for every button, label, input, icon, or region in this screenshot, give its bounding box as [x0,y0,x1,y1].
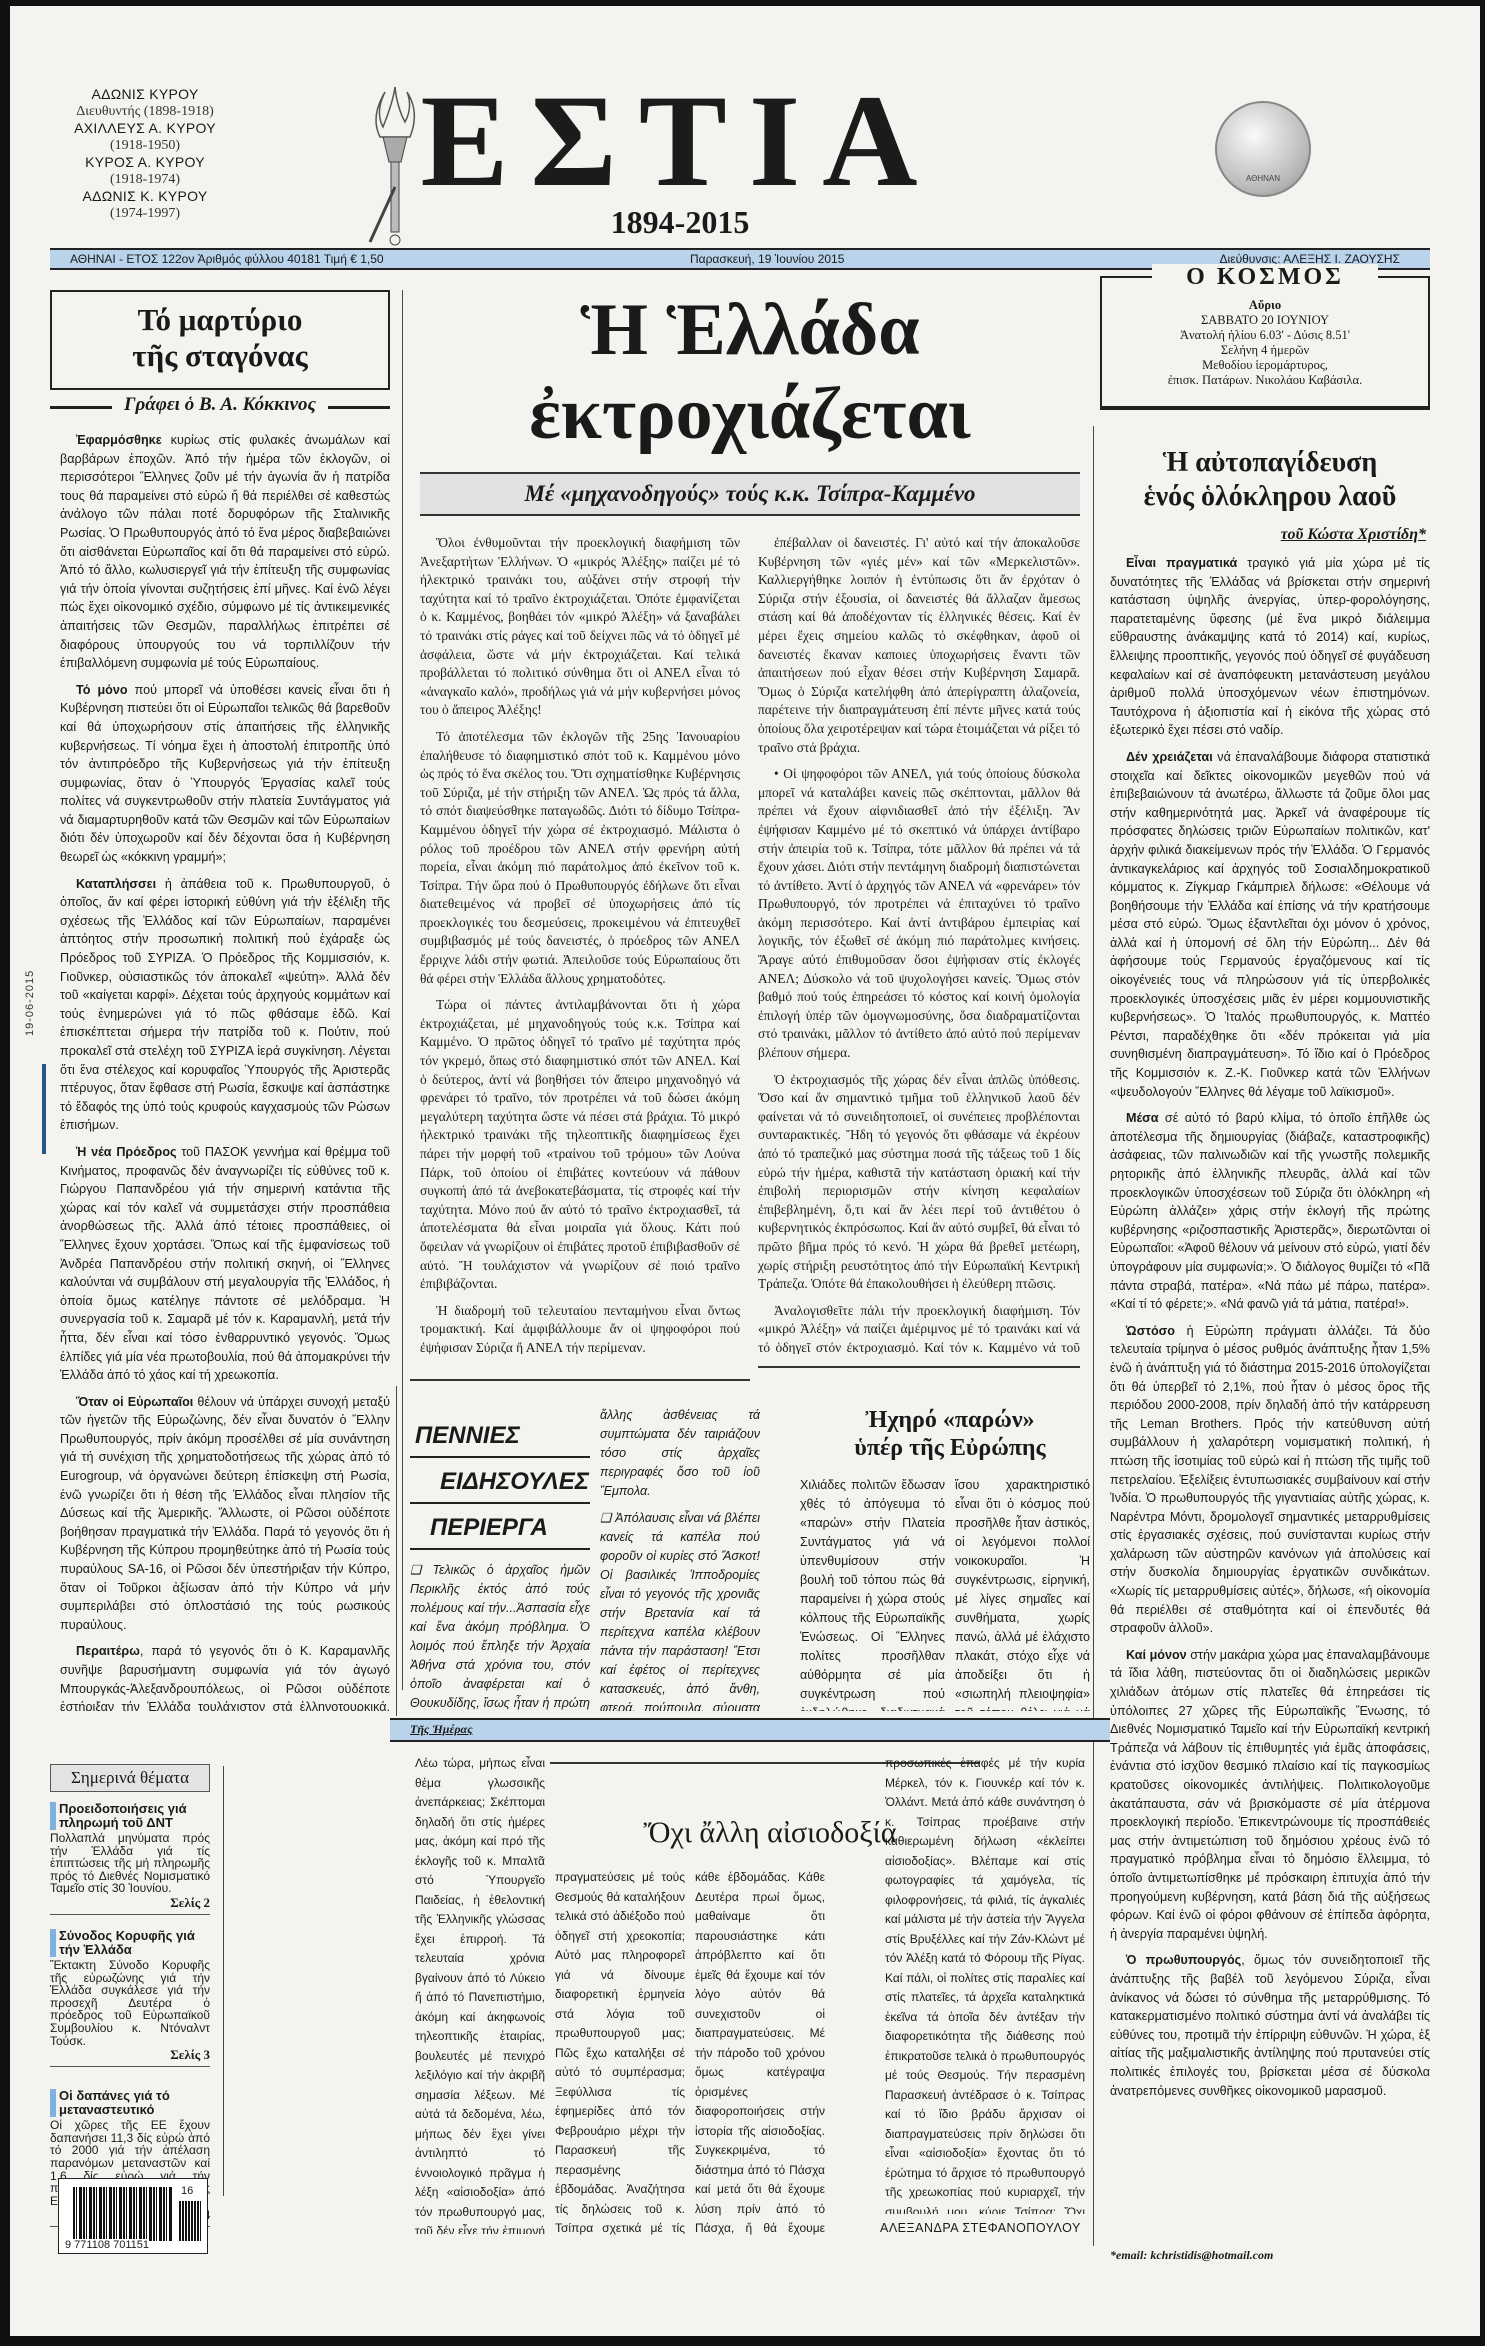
column-divider [1093,426,1094,2246]
paragraph: Τό ἀποτέλεσμα τῶν ἐκλογῶν τῆς 25ης Ἰανου… [420,728,740,988]
headline-line: Ἡ Ἑλλάδα [420,288,1080,372]
logo-title: ΕΣΤΙΑ [370,76,990,206]
topic-page: Σελίς 2 [50,1895,210,1911]
tis-imeras-col-1: Λέω τώρα, μήπως εἶναι θέμα γλωσσικῆς ἀνε… [415,1754,545,2234]
kosmos-title: Ο ΚΟΣΜΟΣ [1152,264,1378,290]
lead-in: Εἶναι πραγματικά [1126,556,1237,570]
title-line: τῆς σταγόνας [132,338,307,373]
today-topics-header: Σημερινά θέματα [50,1764,210,1792]
topic-item[interactable]: Προειδοποιήσεις γιά πληρωμή τοῦ ΔΝΤ Πολλ… [50,1802,210,1915]
paragraph: Ἡ νέα Πρόεδρος τοῦ ΠΑΣΟΚ γεννήμα καί θρέ… [60,1143,390,1385]
title-line: Ἠχηρό «παρών» [800,1406,1100,1434]
tis-imeras-bar [390,1718,1110,1742]
paragraph-text: νά ἐπαναλάβουμε διάφορα στατιστικά στοιχ… [1110,750,1430,1099]
paragraph-text: κυρίως στίς φυλακές ἀνωμάλων καί βαρβάρω… [60,433,390,670]
topic-page: Σελίς 3 [50,2047,210,2063]
issue-date: Παρασκευή, 19 Ἰουνίου 2015 [690,250,844,268]
kosmos-box: Ο ΚΟΣΜΟΣ Αὔριο ΣΑΒΒΑΤΟ 20 ΙΟΥΝΙΟΥ Ἀνατολ… [1100,276,1430,410]
kosmos-moon: Σελήνη 4 ἡμερῶν [1102,343,1428,358]
founder-name: ΑΔΩΝΙΣ Κ. ΚΥΡΟΥ [45,188,245,205]
pennies-item: ❑ Τελικῶς ὁ ἀρχαῖος ἡμῶν Περικλῆς ἐκτός … [410,1561,590,1711]
tis-imeras-col-4: προσωπικές ἐπαφές μέ τήν κυρία Μέρκελ, τ… [885,1754,1085,2214]
paragraph: Καταπλήσσει ἡ ἀπάθεια τοῦ κ. Πρωθυπουργο… [60,875,390,1135]
right-article-title: Ἡ αὐτοπαγίδευση ἑνός ὁλόκληρου λαοῦ [1110,446,1430,514]
lead-in: Δέν χρειάζεται [1126,750,1213,764]
lead-in: Περαιτέρω [76,1644,140,1658]
main-article-col-2: ἐπέβαλλαν οἱ δανειστές. Γι' αὐτό καί τήν… [758,534,1080,1354]
paragraph-text: , ὅμως τόν συνειδητοποιεῖ τῆς ἀνάπτυξης … [1110,1953,1430,2097]
lead-in: Ὡστόσο [1126,1324,1175,1338]
barcode: 9 771108 701151 16 [58,2178,208,2254]
paragraph: Ὅλοι ἐνθυμοῦνται τήν προεκλογική διαφήμι… [420,534,740,720]
side-date: 19-06-2015 [24,970,36,1036]
paragraph-text: θέλουν νά ὑπάρχει συνοχή μεταξύ τῶν ἡγετ… [60,1395,390,1632]
paragraph: Καί μόνον στήν μακάρια χώρα μας ἐπαναλαμ… [1110,1646,1430,1944]
paragraph: Τώρα οἱ πάντες ἀντιλαμβάνονται ὅτι ἡ χώρ… [420,996,740,1294]
tis-imeras-label: Τῆς Ἡμέρας [410,1722,473,1737]
main-article-col-1: Ὅλοι ἐνθυμοῦνται τήν προεκλογική διαφήμι… [420,534,740,1354]
paragraph-text: πού μπορεῖ νά ὑποθέσει κανείς εἶναι ὅτι … [60,683,390,864]
paragraph: Ἐφαρμόσθηκε κυρίως στίς φυλακές ἀνωμάλων… [60,431,390,673]
founder-years: (1918-1950) [45,137,245,154]
paragraph: ἐπέβαλλαν οἱ δανειστές. Γι' αὐτό καί τήν… [758,534,1080,757]
barcode-number: 9 771108 701151 [65,2239,149,2251]
main-subheadline: Μέ «μηχανοδηγούς» τούς κ.κ. Τσίπρα-Καμμέ… [420,472,1080,516]
paragraph: Ἡ διαδρομή τοῦ τελευταίου πενταμήνου εἶν… [420,1302,740,1354]
title-line: ἑνός ὁλόκληρου λαοῦ [1110,480,1430,514]
paragraph: Ὁ πρωθυπουργός, ὅμως τόν συνειδητοποιεῖ … [1110,1951,1430,2100]
left-article-body: Ἐφαρμόσθηκε κυρίως στίς φυλακές ἀνωμάλων… [60,431,390,1711]
left-article-title-box: Τό μαρτύριο τῆς σταγόνας [50,290,390,390]
logo-years: 1894-2015 [370,204,990,241]
founder-years: (1918-1974) [45,171,245,188]
title-line: ὑπέρ τῆς Εὐρώπης [800,1434,1100,1462]
lead-in: Ὁ πρωθυπουργός [1126,1953,1241,1967]
paragraph: • Οἱ ψηφοφόροι τῶν ΑΝΕΛ, γιά τούς ὁποίου… [758,765,1080,1063]
issue-info: ΑΘΗΝΑΙ - ΕΤΟΣ 122ον Ἀριθμός φύλλου 40181… [70,250,384,268]
pennies-items-col2: ἄλλης ἀσθένειας τά συμπτώματα δέν ταιριά… [600,1406,760,1711]
paragraph-text: τοῦ ΠΑΣΟΚ γεννήμα καί θρέμμα τοῦ Κινήματ… [60,1145,390,1382]
author-signature: ΑΛΕΞΑΝΔΡΑ ΣΤΕΦΑΝΟΠΟΥΛΟΥ [880,2221,1081,2235]
lead-in: Ὅταν οἱ Εὐρωπαῖοι [76,1395,193,1409]
paragraph: Περαιτέρω, παρά τό γεγονός ὅτι ὁ Κ. Καρα… [60,1642,390,1711]
lead-in: Καταπλήσσει [76,877,156,891]
ixiro-title: Ἠχηρό «παρών» ὑπέρ τῆς Εὐρώπης [800,1406,1100,1462]
barcode-bars-icon [73,2187,173,2241]
right-article-byline: τοῦ Κώστα Χριστίδη* [1110,526,1426,544]
ixiro-col-1: Χιλιάδες πολιτῶν ἔδωσαν χθές τό ἀπόγευμα… [800,1476,945,1711]
box-border [396,1386,397,1716]
barcode-addon-icon [179,2201,201,2241]
newspaper-front-page: ΑΔΩΝΙΣ ΚΥΡΟΥ Διευθυντής (1898-1918) ΑΧΙΛ… [10,6,1480,2336]
founder-years: (1974-1997) [45,205,245,222]
paragraph-text: ἡ ἀπάθεια τοῦ κ. Πρωθυπουργοῦ, ὁ ὁποῖος,… [60,877,390,1133]
paragraph-text: σέ αὐτό τό βαρύ κλίμα, τό ὁποῖο ἐπῆλθε ὡ… [1110,1111,1430,1311]
left-article-title: Τό μαρτύριο τῆς σταγόνας [52,302,388,374]
ixiro-col-2: ἴσου χαρακτηριστικό εἶναι ὅτι ὁ κόσμος π… [955,1476,1090,1711]
kosmos-sun: Ἀνατολή ἡλίου 6.03' - Δύσις 8.51' [1102,328,1428,343]
pennies-title-line: ΕΙΔΗΣΟΥΛΕΣ [410,1462,590,1504]
title-line: Ἡ αὐτοπαγίδευση [1110,446,1430,480]
paragraph: Ὅταν οἱ Εὐρωπαῖοι θέλουν νά ὑπάρχει συνο… [60,1393,390,1635]
kosmos-saints: Μεθοδίου ἱερομάρτυρος, [1102,358,1428,373]
barcode-issue: 16 [181,2185,193,2197]
paragraph: Ὁ ἐκτροχιασμός τῆς χώρας δέν εἶναι ἁπλῶς… [758,1071,1080,1294]
section-divider [758,1366,1080,1368]
section-divider [410,1379,750,1381]
coin-label: ΑΘΗΝΑΝ [1217,174,1309,183]
paragraph-text: τραγικό γιά μία χώρα μέ τίς δυνατότητες … [1110,556,1430,737]
pennies-item-cont: ἄλλης ἀσθένειας τά συμπτώματα δέν ταιριά… [600,1406,760,1501]
column-divider [402,290,403,1690]
topic-body: Ἔκτακτη Σύνοδο Κορυφῆς τῆς εὐρωζώνης γιά… [50,1959,210,2047]
topic-body: Πολλαπλά μηνύματα πρός τήν Ἑλλάδα γιά τί… [50,1832,210,1895]
founder-name: ΑΔΩΝΙΣ ΚΥΡΟΥ [45,86,245,103]
founder-name: ΑΧΙΛΛΕΥΣ Α. ΚΥΡΟΥ [45,120,245,137]
lead-in: Ἐφαρμόσθηκε [76,433,162,447]
right-article-body: Εἶναι πραγματικά τραγικό γιά μία χώρα μέ… [1110,554,1430,2242]
paragraph: Ἀναλογισθεῖτε πάλι τήν προεκλογική διαφή… [758,1302,1080,1354]
paragraph: Τό μόνο πού μπορεῖ νά ὑποθέσει κανείς εἶ… [60,681,390,867]
lead-in: Καί μόνον [1126,1648,1187,1662]
paragraph-text: στήν μακάρια χώρα μας ἐπαναλαμβάνουμε τά… [1110,1648,1430,1941]
founder-years: Διευθυντής (1898-1918) [45,103,245,120]
title-line: Τό μαρτύριο [138,302,303,337]
lead-in: Τό μόνο [76,683,128,697]
paragraph-text: ἡ Εὐρώπη πράγματι ἀλλάζει. Τά δύο τελευτ… [1110,1324,1430,1636]
coin-emblem-icon: ΑΘΗΝΑΝ [1215,101,1311,197]
main-headline: Ἡ Ἑλλάδα ἐκτροχιάζεται [420,288,1080,456]
side-marker [42,1064,46,1154]
headline-line: ἐκτροχιάζεται [420,372,1080,456]
newspaper-logo: ΕΣΤΙΑ 1894-2015 [370,76,990,216]
tis-imeras-col-2: πραγματεύσεις μέ τούς Θεσμούς θά καταλήξ… [555,1868,685,2238]
pennies-title-line: ΠΕΡΙΕΡΓΑ [410,1508,590,1550]
pennies-title-line: ΠΕΝΝΙΕΣ [410,1416,590,1458]
lead-in: Μέσα [1126,1111,1159,1125]
paragraph: Δέν χρειάζεται νά ἐπαναλάβουμε διάφορα σ… [1110,748,1430,1101]
lead-in: Ἡ νέα Πρόεδρος [76,1145,177,1159]
founders-list: ΑΔΩΝΙΣ ΚΥΡΟΥ Διευθυντής (1898-1918) ΑΧΙΛ… [45,86,245,222]
kosmos-date: ΣΑΒΒΑΤΟ 20 ΙΟΥΝΙΟΥ [1102,313,1428,328]
paragraph: Μέσα σέ αὐτό τό βαρύ κλίμα, τό ὁποῖο ἐπῆ… [1110,1109,1430,1314]
left-article-byline: Γράφει ὁ Β. Α. Κόκκινος [50,394,390,416]
topic-title: Σύνοδος Κορυφῆς γιά τήν Ἑλλάδα [50,1929,210,1957]
tis-imeras-col-3: κάθε ἑβδομάδας. Κάθε Δευτέρα πρωί ὅμως, … [695,1868,825,2238]
today-topics-box: Σημερινά θέματα Προειδοποιήσεις γιά πληρ… [50,1764,210,2241]
topic-item[interactable]: Σύνοδος Κορυφῆς γιά τήν Ἑλλάδα Ἔκτακτη Σ… [50,1929,210,2067]
paragraph: Ὡστόσο ἡ Εὐρώπη πράγματι ἀλλάζει. Τά δύο… [1110,1322,1430,1638]
pennies-item: ❑ Ἀπόλαυσις εἶναι νά βλέπει κανείς τά κα… [600,1509,760,1711]
founder-name: ΚΥΡΟΣ Α. ΚΥΡΟΥ [45,154,245,171]
pennies-title: ΠΕΝΝΙΕΣ ΕΙΔΗΣΟΥΛΕΣ ΠΕΡΙΕΡΓΑ [410,1416,590,1554]
kosmos-tomorrow: Αὔριο [1102,298,1428,313]
paragraph: Εἶναι πραγματικά τραγικό γιά μία χώρα μέ… [1110,554,1430,740]
kosmos-saints: ἐπισκ. Πατάρων. Νικολάου Καβάσιλα. [1102,373,1428,388]
topic-title: Οἱ δαπάνες γιά τό μεταναστευτικό [50,2089,210,2117]
author-email[interactable]: *email: kchristidis@hotmail.com [1110,2248,1273,2263]
topic-title: Προειδοποιήσεις γιά πληρωμή τοῦ ΔΝΤ [50,1802,210,1830]
column-divider [223,1766,224,2196]
